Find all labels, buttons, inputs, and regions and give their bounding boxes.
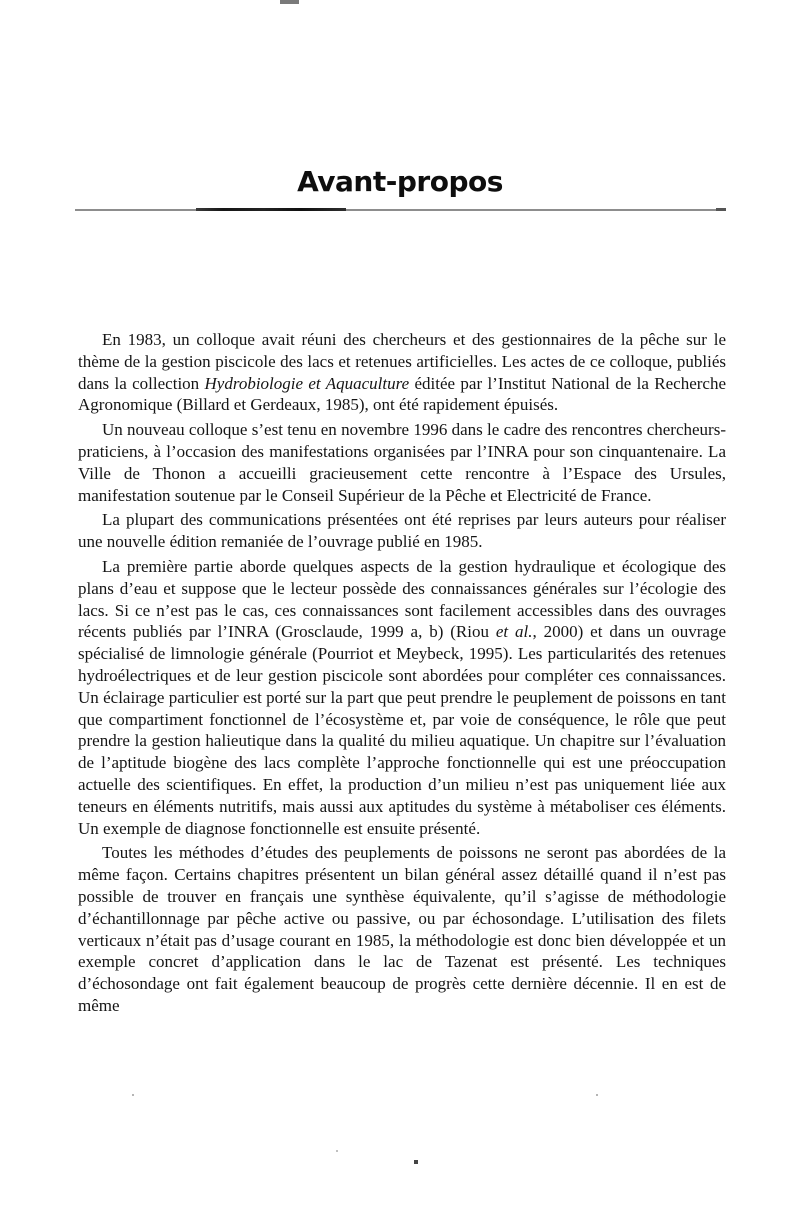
scan-speck (336, 1150, 338, 1152)
italic-text-run: Hydrobiologie et Aquaculture (205, 374, 410, 393)
scan-speck (132, 1094, 134, 1096)
text-run: , 2000) et dans un ouvrage spécialisé de… (78, 622, 726, 837)
scan-mark-top (280, 0, 299, 4)
paragraph: Un nouveau colloque s’est tenu en novemb… (78, 419, 726, 506)
text-run: Toutes les méthodes d’études des peuplem… (78, 843, 726, 1015)
paragraph: Toutes les méthodes d’études des peuplem… (78, 842, 726, 1016)
paragraph: La première partie aborde quelques aspec… (78, 556, 726, 839)
paragraph: En 1983, un colloque avait réuni des che… (78, 329, 726, 416)
body-text: En 1983, un colloque avait réuni des che… (78, 329, 726, 1020)
title-rule (75, 209, 726, 211)
paragraph: La plupart des communications présentées… (78, 509, 726, 553)
scan-speck (596, 1094, 598, 1096)
book-page: Avant-propos En 1983, un colloque avait … (0, 0, 800, 1216)
title-rule-dark-segment (196, 208, 346, 211)
text-run: Un nouveau colloque s’est tenu en novemb… (78, 420, 726, 504)
page-title: Avant-propos (0, 165, 800, 198)
text-run: La plupart des communications présentées… (78, 510, 726, 551)
title-rule-right-tip (716, 208, 726, 211)
scan-speck (414, 1160, 418, 1164)
italic-text-run: et al. (496, 622, 533, 641)
